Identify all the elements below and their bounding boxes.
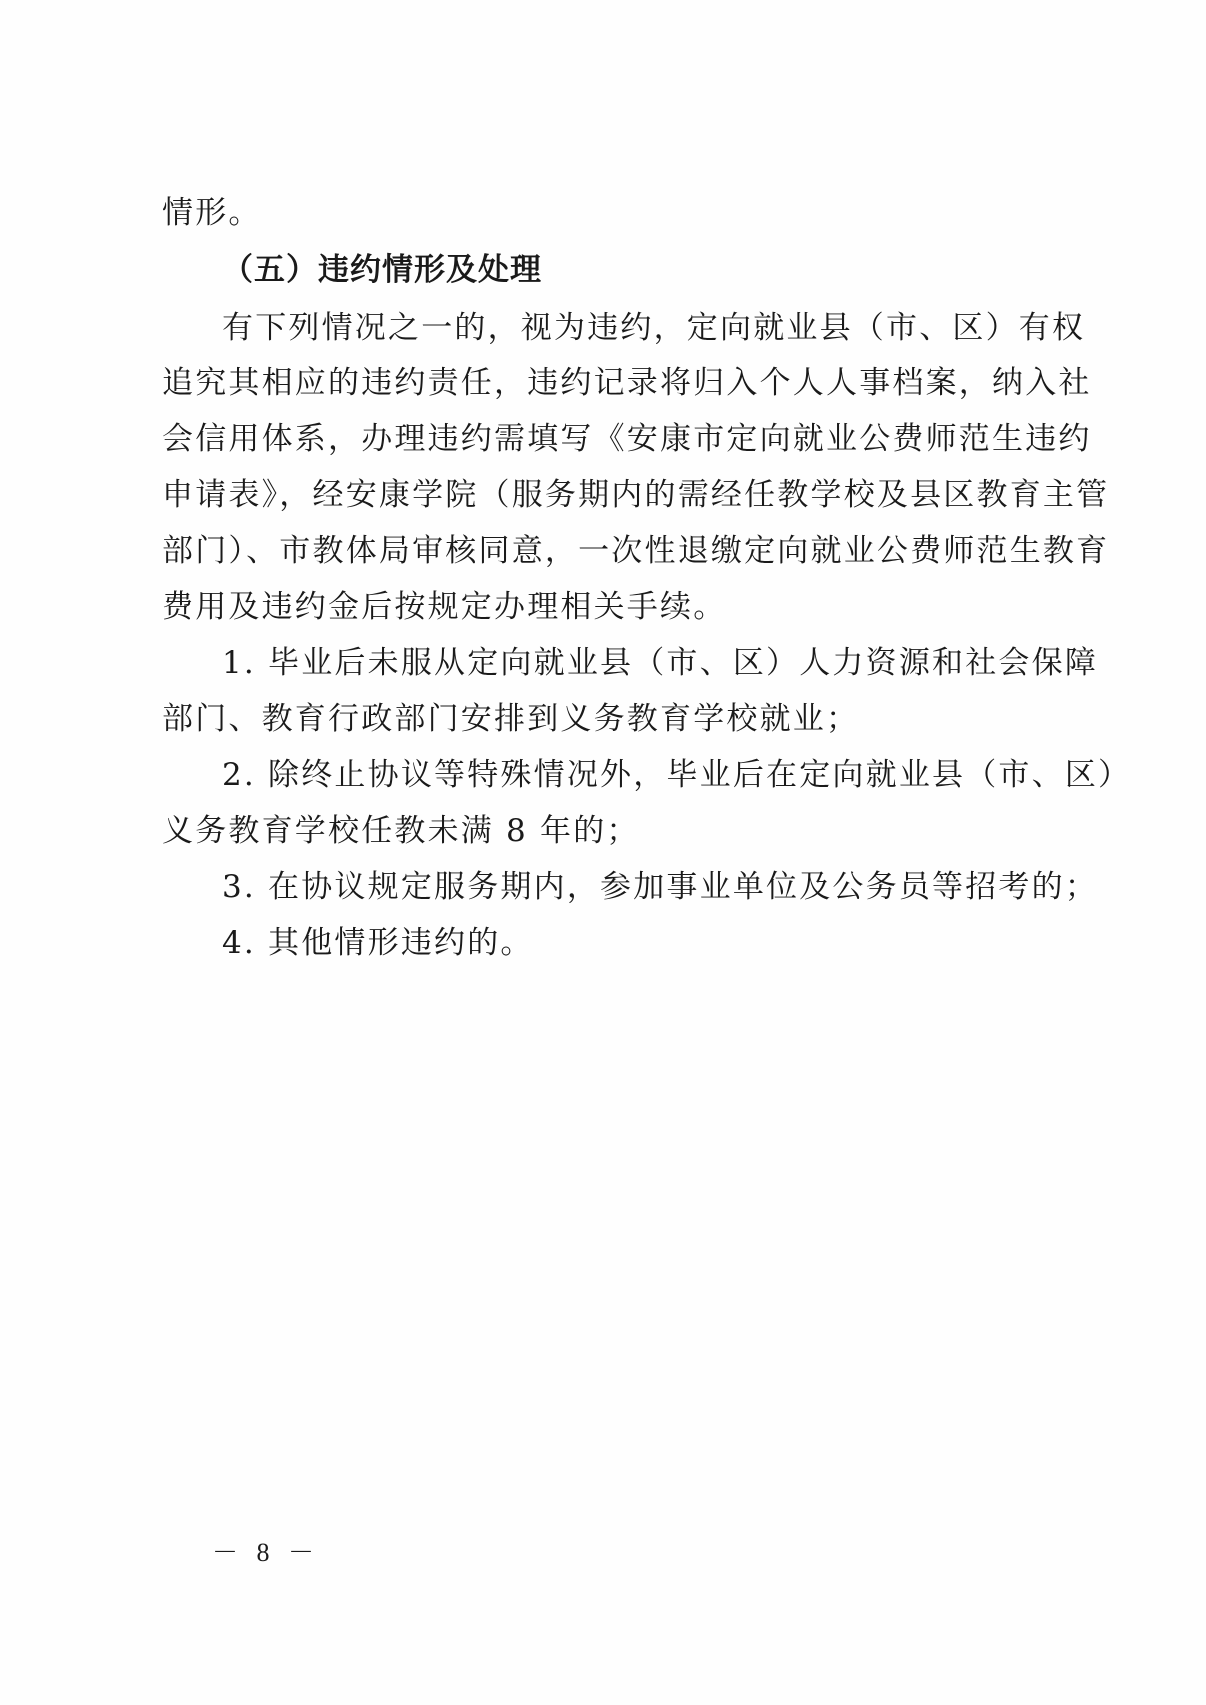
page-number: － 8 －: [212, 1537, 320, 1569]
list-item-3: 3. 在协议规定服务期内，参加事业单位及公务员等招考的；: [222, 867, 1004, 907]
list-item-2: 2. 除终止协议等特殊情况外，毕业后在定向就业县（市、区）: [222, 755, 1004, 795]
section-heading: （五）违约情形及处理: [222, 250, 1004, 290]
paragraph-line: 部门）、市教体局审核同意，一次性退缴定向就业公费师范生教育: [162, 531, 1004, 571]
document-page: 情形。 （五）违约情形及处理 有下列情况之一的，视为违约，定向就业县（市、区）有…: [0, 0, 1206, 1705]
list-item-2-continuation: 义务教育学校任教未满 8 年的；: [162, 811, 1004, 851]
paragraph-line: 费用及违约金后按规定办理相关手续。: [162, 587, 1004, 627]
list-item-1-continuation: 部门、教育行政部门安排到义务教育学校就业；: [162, 699, 1004, 739]
paragraph-continuation: 情形。: [162, 193, 1004, 233]
list-item-1: 1. 毕业后未服从定向就业县（市、区）人力资源和社会保障: [222, 643, 1004, 683]
paragraph-line: 追究其相应的违约责任，违约记录将归入个人人事档案，纳入社: [162, 363, 1004, 403]
paragraph-line: 会信用体系，办理违约需填写《安康市定向就业公费师范生违约: [162, 419, 1004, 459]
paragraph-line: 有下列情况之一的，视为违约，定向就业县（市、区）有权: [222, 308, 1004, 348]
paragraph-line: 申请表》，经安康学院（服务期内的需经任教学校及县区教育主管: [162, 475, 1004, 515]
list-item-4: 4. 其他情形违约的。: [222, 923, 1004, 963]
